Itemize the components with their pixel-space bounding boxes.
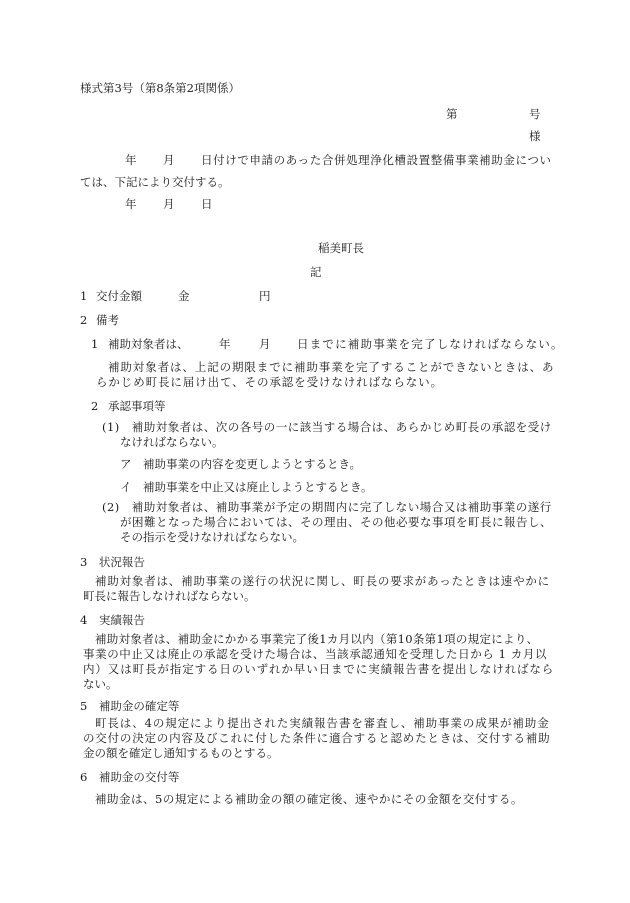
item2-num: 2	[80, 313, 87, 328]
item1-label: 交付金額	[96, 289, 142, 304]
doc-number-suffix: 号	[529, 107, 541, 122]
note1-year: 年	[219, 337, 231, 352]
item4-line3: 内）又は町長が指定する日のいずれか早い日までに実績報告書を提出しなければなら	[83, 662, 554, 677]
item5-heading: 5 補助金の確定等	[80, 699, 179, 714]
note2-label: 承認事項等	[108, 399, 166, 414]
note2-sub2-line3: その指示を受けなければならない。	[102, 530, 552, 545]
addressee-suffix: 様	[529, 129, 541, 144]
item1-yen: 円	[259, 289, 271, 304]
issuer: 稲美町長	[318, 241, 364, 256]
item1-num: 1	[80, 289, 87, 304]
item6-heading: 6 補助金の交付等	[80, 770, 179, 785]
intro-line1: 日付けで申請のあった合併処理浄化槽設置整備事業補助金につい	[201, 153, 552, 168]
intro-line2: ては、下記により交付する。	[80, 175, 230, 190]
item5-line3: 金の額を確定し通知するものとする。	[83, 746, 550, 761]
item4-line4: ない。	[83, 677, 554, 692]
note2-sub1-line2: なければならない。	[102, 435, 552, 450]
doc-number-prefix: 第	[446, 107, 458, 122]
note1-num: 1	[91, 337, 98, 352]
note2-sub2: (2) 補助対象者は、補助事業が予定の期間内に完了しない場合又は補助事業の遂行 …	[102, 500, 552, 545]
note2-sub1-line1: (1) 補助対象者は、次の各号の一に該当する場合は、あらかじめ町長の承認を受け	[102, 420, 552, 435]
item5-line1: 町長は、4の規定により提出された実績報告書を審査し、補助事業の成果が補助金	[83, 716, 550, 731]
item1-kin: 金	[178, 289, 190, 304]
item4-body: 補助対象者は、補助金にかかる事業完了後1カ月以内（第10条第1項の規定により、 …	[83, 632, 554, 692]
note1-text-a: 補助対象者は、	[108, 337, 189, 352]
note2-item-i: イ 補助事業を中止又は廃止しようとするとき。	[120, 480, 373, 495]
item4-heading: 4 実績報告	[80, 613, 145, 628]
item3-line2: 町長に報告しなければならない。	[83, 589, 550, 604]
item2-label: 備考	[96, 313, 119, 328]
note1-para-line1: 補助対象者は、上記の期限までに補助事業を完了することができないときは、あ	[96, 360, 554, 375]
intro-year: 年	[125, 153, 137, 168]
note2-num: 2	[91, 399, 98, 414]
note2-sub2-line1: (2) 補助対象者は、補助事業が予定の期間内に完了しない場合又は補助事業の遂行	[102, 500, 552, 515]
item3-heading: 3 状況報告	[80, 555, 145, 570]
note1-para-line2: らかじめ町長に届け出て、その承認を受けなければならない。	[96, 375, 554, 390]
ki-heading: 記	[310, 265, 322, 280]
intro-month: 月	[163, 153, 175, 168]
issue-year: 年	[125, 197, 137, 212]
note1-month: 月	[259, 337, 271, 352]
note2-sub1: (1) 補助対象者は、次の各号の一に該当する場合は、あらかじめ町長の承認を受け …	[102, 420, 552, 450]
item5-line2: の交付の決定の内容及びこれに付した条件に適合すると認めたときは、交付する補助	[83, 731, 550, 746]
note2-sub2-line2: が困難となった場合においては、その理由、その他必要な事項を町長に報告し、	[102, 515, 552, 530]
note1-paragraph: 補助対象者は、上記の期限までに補助事業を完了することができないときは、あ らかじ…	[96, 360, 554, 390]
note2-item-a: ア 補助事業の内容を変更しようとするとき。	[120, 457, 361, 472]
item3-body: 補助対象者は、補助事業の遂行の状況に関し、町長の要求があったときは速やかに 町長…	[83, 574, 550, 604]
issue-day: 日	[201, 197, 213, 212]
issue-month: 月	[163, 197, 175, 212]
item4-line1: 補助対象者は、補助金にかかる事業完了後1カ月以内（第10条第1項の規定により、	[83, 632, 554, 647]
item5-body: 町長は、4の規定により提出された実績報告書を審査し、補助事業の成果が補助金 の交…	[83, 716, 550, 761]
item4-line2: 事業の中止又は廃止の承認を受けた場合は、当該承認通知を受理した日から 1 カ月以	[83, 647, 554, 662]
item3-line1: 補助対象者は、補助事業の遂行の状況に関し、町長の要求があったときは速やかに	[83, 574, 550, 589]
note1-text-b: 日までに補助事業を完了しなければならない。	[297, 337, 564, 352]
form-header: 様式第3号（第8条第2項関係）	[80, 81, 240, 96]
item6-line1: 補助金は、5の規定による補助金の額の確定後、速やかにその金額を交付する。	[95, 792, 523, 807]
